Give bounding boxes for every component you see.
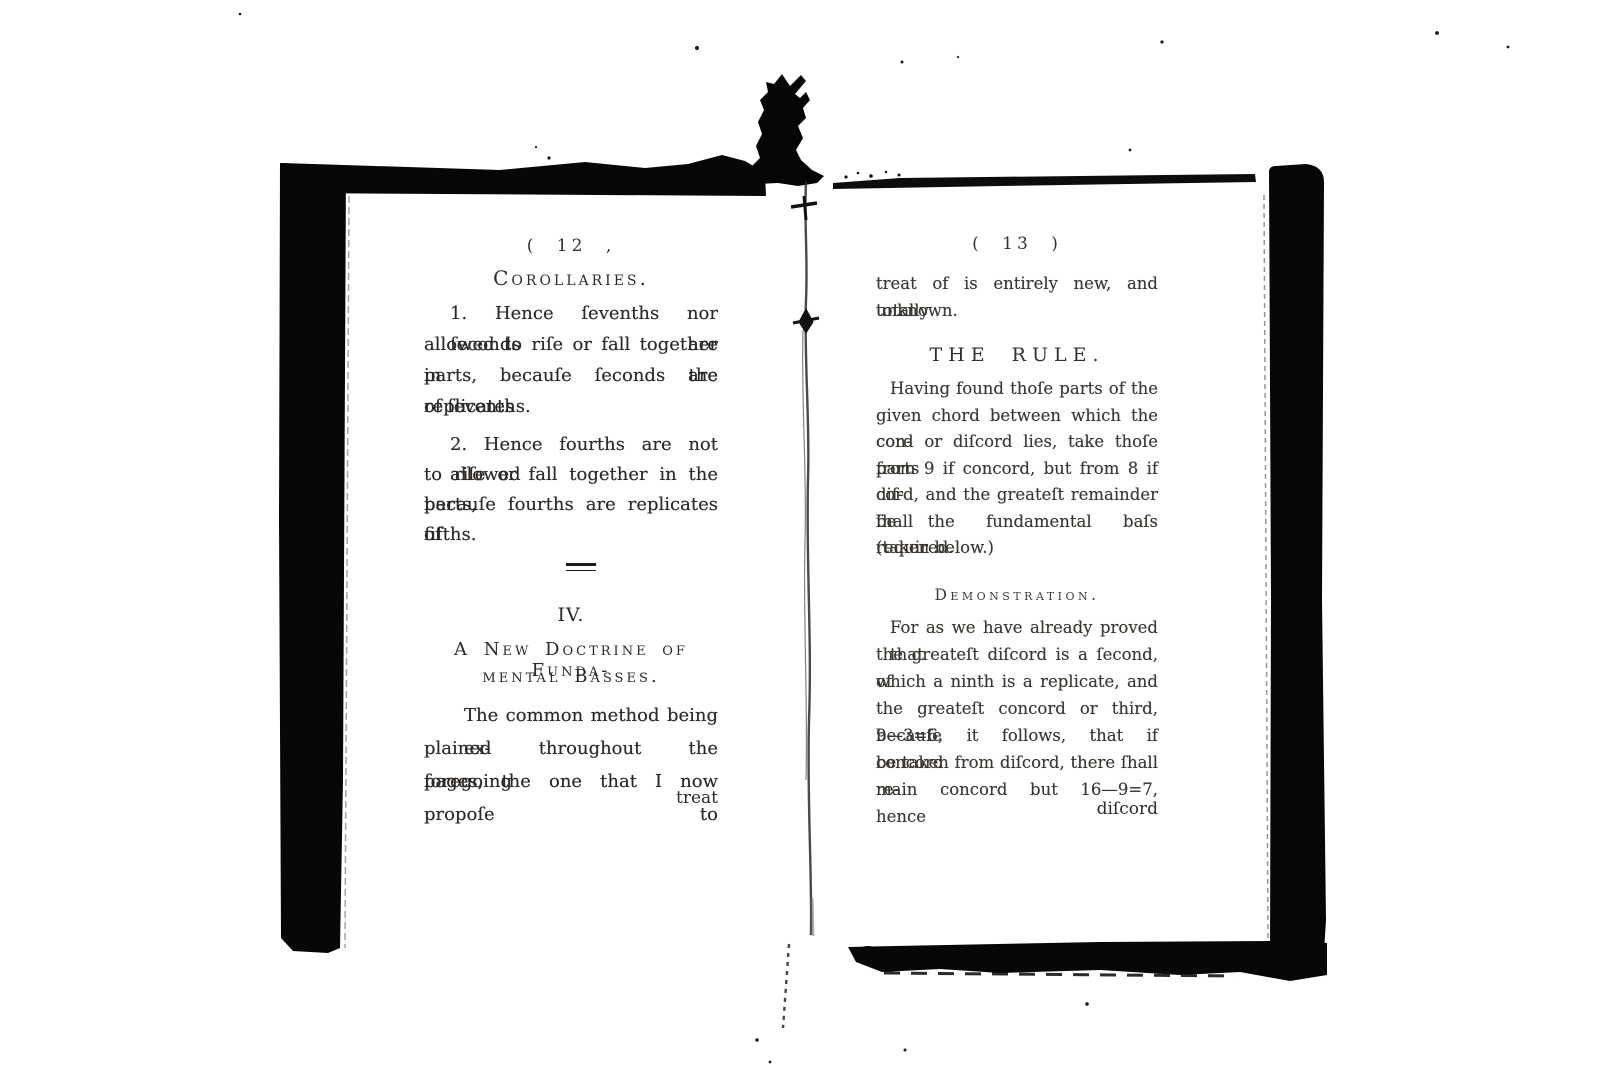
text-line: be taken from diſcord, there ſhall re- (876, 749, 1158, 776)
text-line: The common method being ex- (424, 699, 718, 732)
scan-edge-top-right (833, 174, 1256, 189)
text-line: plained throughout the foregoing (424, 732, 718, 765)
rule-paragraph: Having found thoſe parts of the given ch… (876, 376, 1158, 562)
dust-speck (869, 174, 873, 178)
corollaries-heading: Corollaries. (424, 266, 718, 290)
corollary-2-paragraph: 2. Hence fourths are not allowed to riſe… (424, 430, 718, 550)
text-line: cord or diſcord lies, take thoſe parts (876, 429, 1158, 456)
catchword-right: diſcord (876, 799, 1158, 819)
gutter-speckle-trail (783, 944, 789, 1028)
page-number-header-left: ( 12 , (424, 236, 718, 256)
page-number-header-right: ( 13 ) (876, 234, 1158, 254)
text-line: to riſe or fall together in the parts, (424, 460, 718, 490)
text-line: of ſevenths. (424, 391, 718, 422)
scan-artifacts-layer (0, 0, 1600, 1078)
scan-edge-top-left (282, 155, 766, 196)
section-divider-rule (566, 563, 596, 571)
rule-heading: THE RULE. (876, 344, 1158, 366)
ink-blot (750, 74, 824, 186)
text-line: allowed to riſe or fall together in the (424, 329, 718, 360)
text-line: given chord between which the con- (876, 403, 1158, 430)
text-line: Having found thoſe parts of the (876, 376, 1158, 403)
doctrine-heading-line2: mental Basses. (424, 666, 718, 687)
continuation-paragraph: treat of is entirely new, and totally un… (876, 270, 1158, 324)
gutter-shadow (805, 182, 811, 935)
dust-speck (885, 171, 887, 173)
register-cross-mark (793, 309, 819, 333)
gutter-shadow-inner (803, 330, 807, 780)
page-edge-line-left (345, 196, 349, 948)
register-cross-mark (791, 196, 817, 220)
text-line: fifths. (424, 520, 718, 550)
text-line: parts, becauſe ſeconds are replicates (424, 360, 718, 391)
text-line: the greateſt diſcord is a ſecond, of (876, 641, 1158, 668)
text-line: For as we have already proved that (876, 614, 1158, 641)
page-edge-line-right (1264, 195, 1268, 940)
demonstration-paragraph: For as we have already proved that the g… (876, 614, 1158, 803)
text-line: 9—3=6, it follows, that if concord (876, 722, 1158, 749)
book-cover-edge-right (1269, 164, 1326, 952)
section-number: IV. (424, 604, 718, 626)
text-line: becauſe fourths are replicates of (424, 490, 718, 520)
text-line: from 9 if concord, but from 8 if diſ- (876, 456, 1158, 483)
text-line: be the fundamental baſs required. (876, 509, 1158, 536)
demonstration-heading: Demonstration. (876, 586, 1158, 604)
text-line: 2. Hence fourths are not allowed (424, 430, 718, 460)
dust-speck (898, 174, 901, 177)
book-cover-edge-left (279, 163, 346, 953)
scanned-book-page: { "document": { "kind": "book scan, two-… (0, 0, 1600, 1078)
ink-smudge (857, 946, 879, 960)
corollary-1-paragraph: 1. Hence ſevenths nor ſeconds are allowe… (424, 298, 718, 422)
bottom-speckle-row (884, 973, 1235, 976)
scan-edge-bottom-right (848, 941, 1327, 981)
text-line: 1. Hence ſevenths nor ſeconds are (424, 298, 718, 329)
text-line: (taken below.) (876, 535, 1158, 562)
dust-speck (844, 175, 847, 178)
text-line: which a ninth is a replicate, and (876, 668, 1158, 695)
text-line: the greateſt concord or third, becauſe (876, 695, 1158, 722)
text-line: cord, and the greateſt remainder ſhall (876, 482, 1158, 509)
dust-speck (857, 172, 860, 175)
gutter-gray-segment (812, 898, 813, 936)
catchword-left: treat (424, 788, 718, 808)
doctrine-intro-paragraph: The common method being ex- plained thro… (424, 699, 718, 798)
text-line: unknown. (876, 297, 1158, 324)
text-line: treat of is entirely new, and totally (876, 270, 1158, 297)
